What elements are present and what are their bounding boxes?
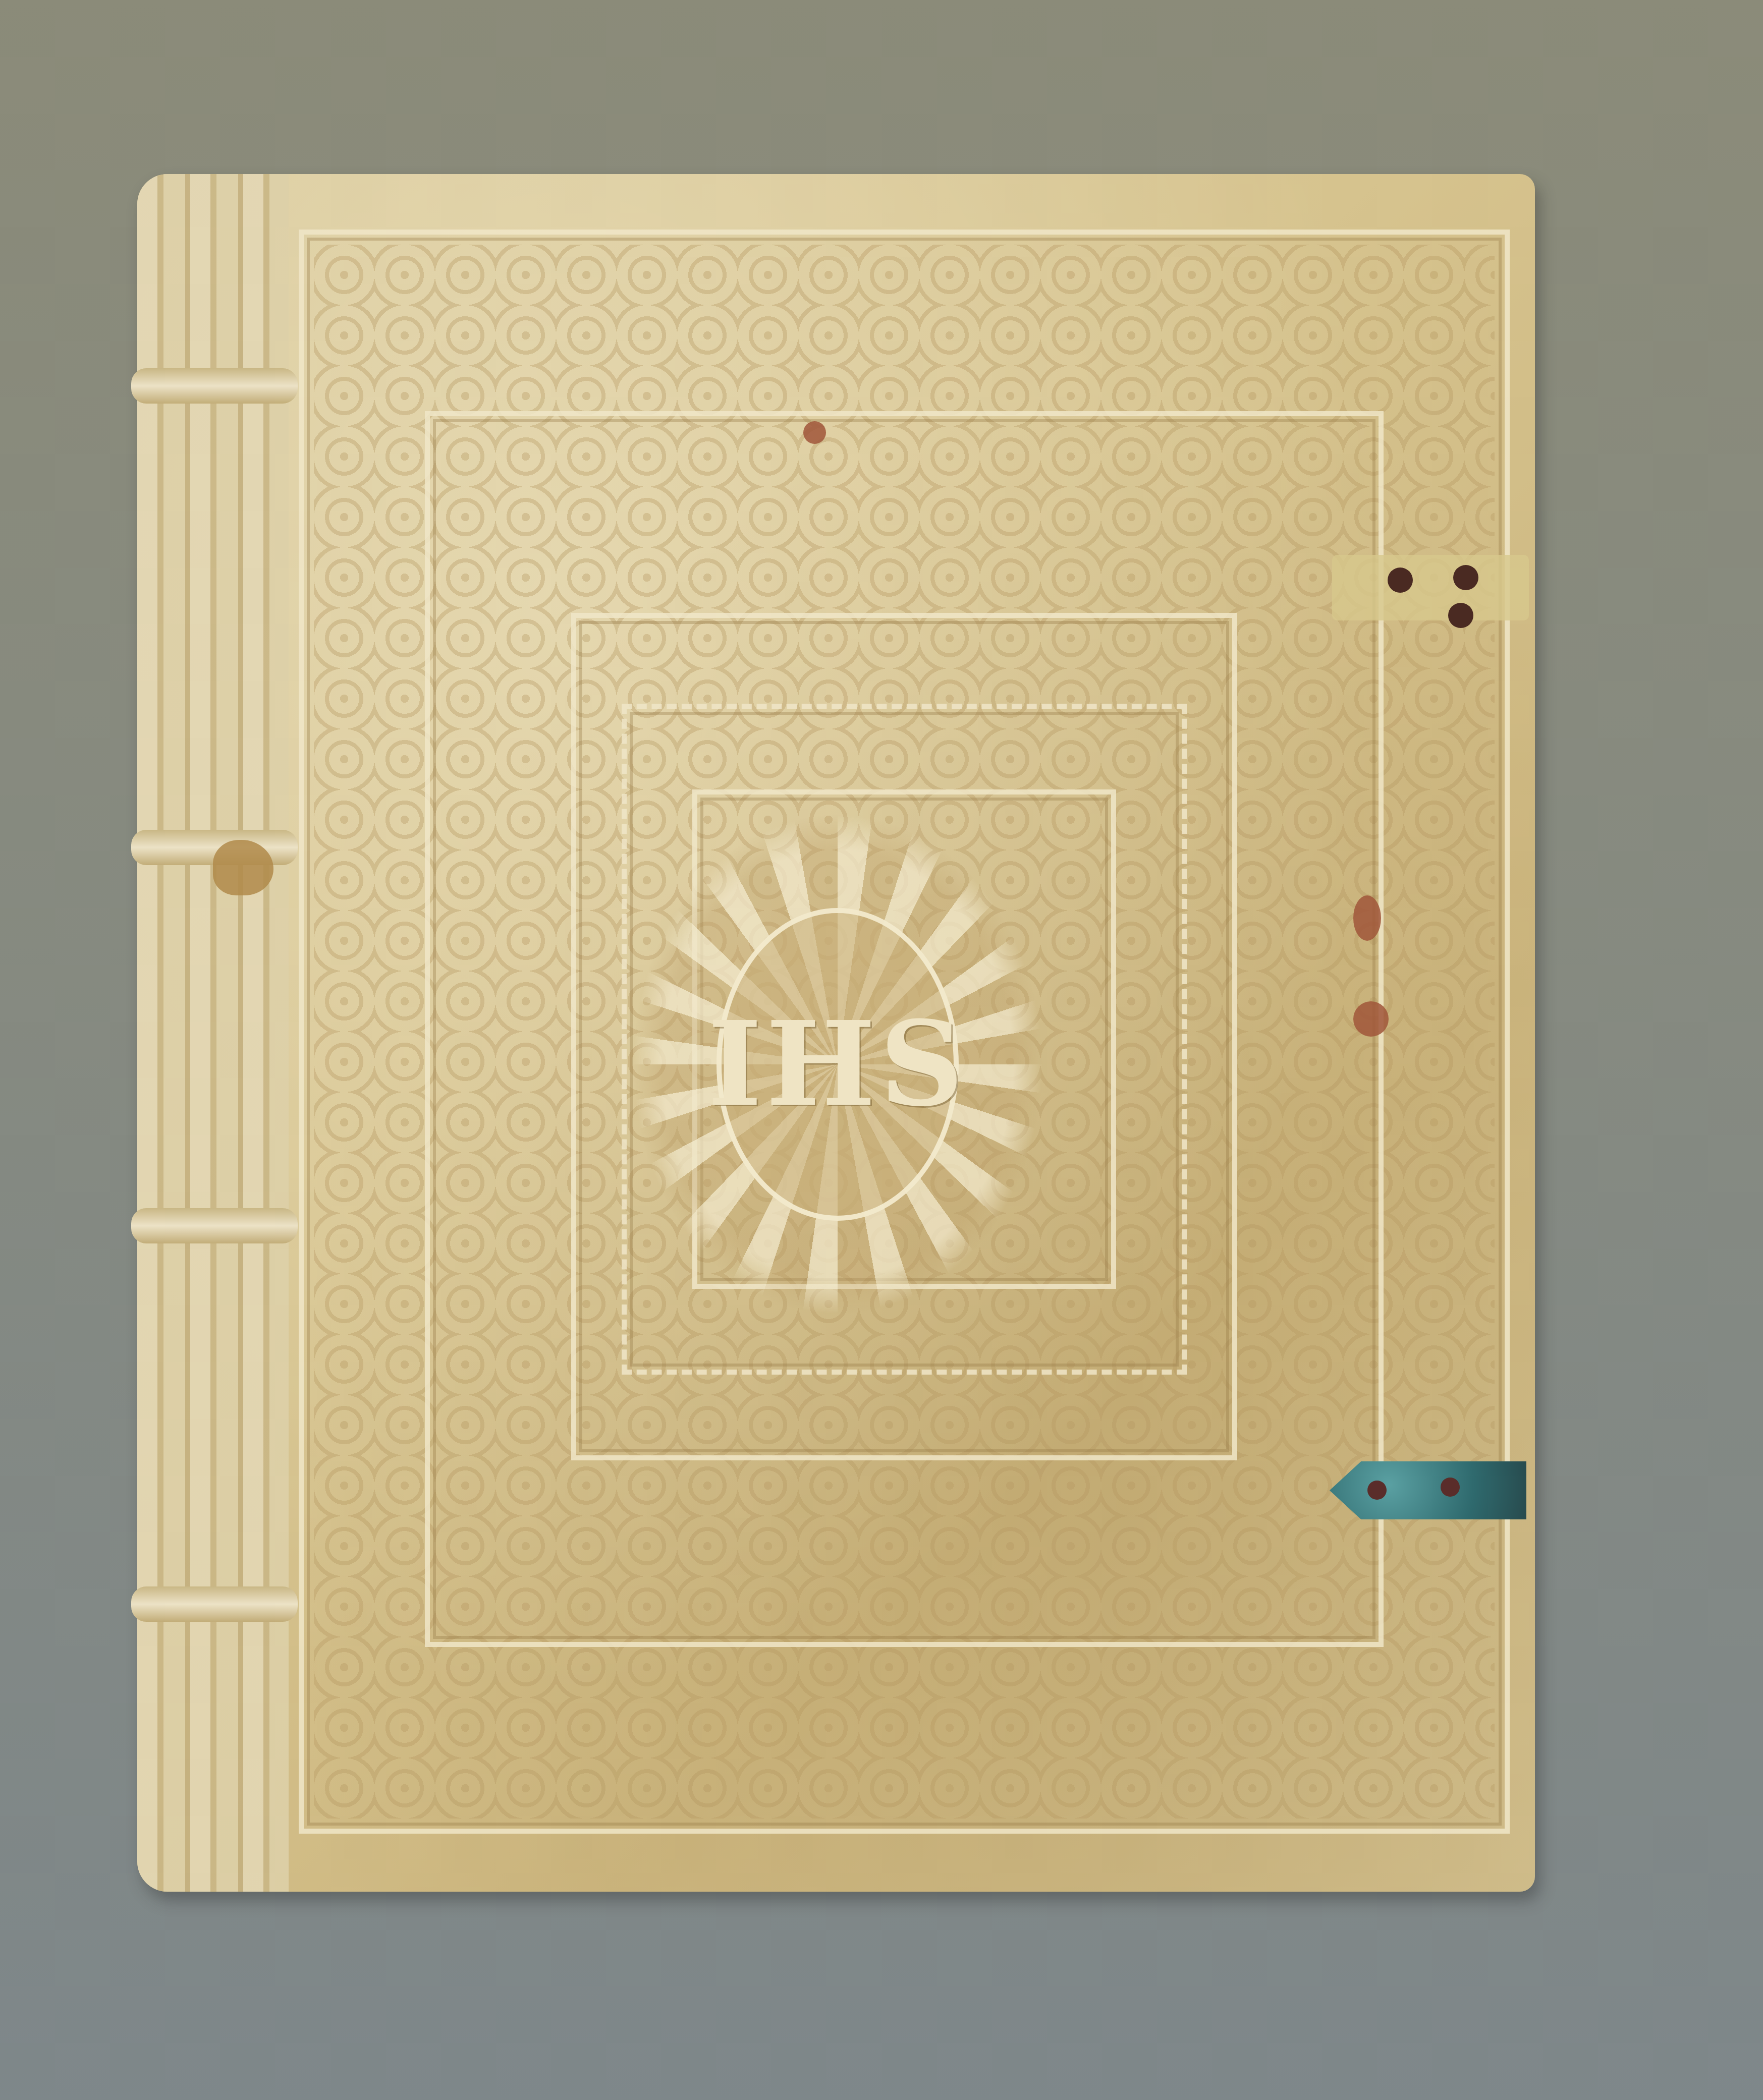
rust-spot <box>1353 895 1381 941</box>
rivet-icon <box>1441 1478 1460 1497</box>
spine-band <box>131 1208 298 1243</box>
rivet-icon <box>1388 567 1413 593</box>
ihs-monogram: IHS <box>708 996 968 1132</box>
rivet-icon <box>1367 1481 1387 1500</box>
emblem-oval: IHS <box>717 908 959 1221</box>
rust-spot <box>803 421 826 444</box>
top-clasp-mount <box>1332 555 1529 620</box>
bottom-clasp <box>1330 1461 1526 1519</box>
rust-spot <box>1353 1001 1389 1037</box>
ihs-emblem: IHS <box>585 787 1090 1342</box>
stain <box>213 840 273 895</box>
spine-band <box>131 1586 298 1622</box>
spine-band <box>131 368 298 404</box>
rivet-icon <box>1453 565 1478 590</box>
book-spine <box>137 174 289 1892</box>
rivet-icon <box>1448 603 1473 628</box>
